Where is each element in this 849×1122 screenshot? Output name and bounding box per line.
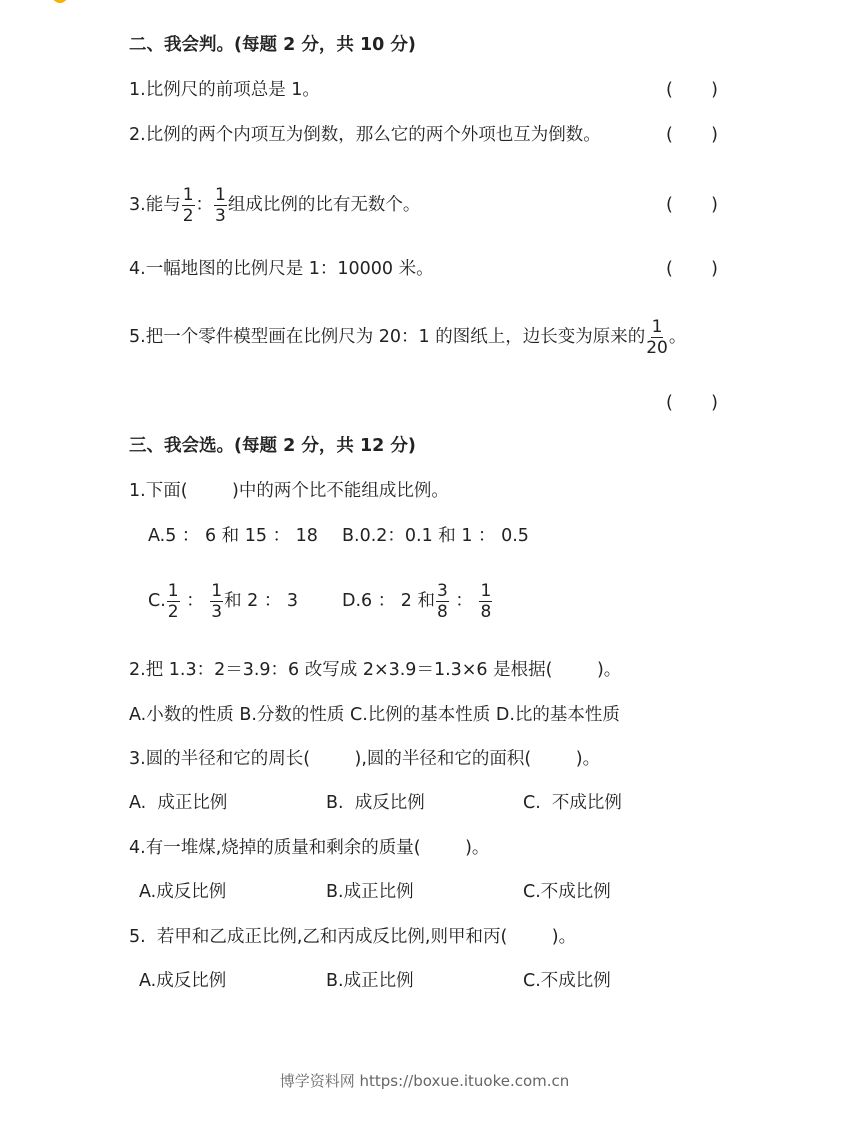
colon: ： [450, 591, 479, 611]
paren-close: ) [711, 194, 718, 216]
q3-option-c[interactable]: C. 不成比例 [523, 792, 622, 814]
option-label: D.6 ： 2 和 [342, 591, 435, 611]
colon: ： [196, 195, 214, 215]
answer-blank-1[interactable]: ( ) [666, 79, 718, 101]
judge-item-3: 3.能与12：13组成比例的比有无数个。 [129, 184, 420, 226]
q1-option-d[interactable]: D.6 ： 2 和38 ： 18 [342, 580, 493, 622]
item-text: 3.能与 [129, 195, 181, 215]
fraction: 38 [436, 581, 449, 622]
answer-blank-4[interactable]: ( ) [666, 258, 718, 280]
judge-item-2: 2.比例的两个内项互为倒数，那么它的两个外项也互为倒数。 [129, 124, 601, 146]
q4-option-c[interactable]: C.不成比例 [523, 881, 611, 903]
fraction: 12 [182, 185, 195, 226]
choice-question-4: 4.有一堆煤,烧掉的质量和剩余的质量( )。 [129, 837, 489, 859]
q2-option-b[interactable]: B.分数的性质 [239, 705, 344, 725]
answer-blank-5[interactable]: ( ) [666, 392, 718, 414]
item-text: 组成比例的比有无数个。 [228, 195, 421, 215]
paren-open: ( [666, 392, 673, 414]
answer-blank-3[interactable]: ( ) [666, 194, 718, 216]
item-text: 5.把一个零件模型画在比例尺为 20：1 的图纸上，边长变为原来的 [129, 327, 645, 347]
fraction: 12 [167, 581, 180, 622]
colon: ： [181, 591, 210, 611]
q4-option-a[interactable]: A.成反比例 [139, 881, 226, 903]
fraction: 18 [479, 581, 492, 622]
fraction: 120 [646, 317, 668, 358]
q1-option-b[interactable]: B.0.2：0.1 和 1 ： 0.5 [342, 525, 529, 547]
paren-open: ( [666, 79, 673, 101]
q2-options: A.小数的性质 B.分数的性质 C.比例的基本性质 D.比的基本性质 [129, 704, 620, 726]
judge-item-1: 1.比例尺的前项总是 1。 [129, 79, 320, 101]
choice-question-1: 1.下面( )中的两个比不能组成比例。 [129, 480, 449, 502]
q4-option-b[interactable]: B.成正比例 [326, 881, 414, 903]
q2-option-c[interactable]: C.比例的基本性质 [350, 705, 490, 725]
q1-option-c[interactable]: C.12 ： 13和 2 ： 3 [148, 580, 298, 622]
paren-close: ) [711, 124, 718, 146]
section-heading-judge: 二、我会判。(每题 2 分，共 10 分) [129, 34, 416, 56]
paren-close: ) [711, 258, 718, 280]
judge-item-4: 4.一幅地图的比例尺是 1：10000 米。 [129, 258, 434, 280]
paren-open: ( [666, 258, 673, 280]
paren-close: ) [711, 392, 718, 414]
q5-option-c[interactable]: C.不成比例 [523, 970, 611, 992]
option-label: C. [148, 591, 166, 611]
fraction: 13 [214, 185, 227, 226]
choice-question-3: 3.圆的半径和它的周长( ),圆的半径和它的面积( )。 [129, 748, 600, 770]
paren-open: ( [666, 194, 673, 216]
q5-option-a[interactable]: A.成反比例 [139, 970, 226, 992]
section-heading-choose: 三、我会选。(每题 2 分，共 12 分) [129, 435, 416, 457]
choice-question-5: 5. 若甲和乙成正比例,乙和丙成反比例,则甲和丙( )。 [129, 926, 576, 948]
answer-blank-2[interactable]: ( ) [666, 124, 718, 146]
fraction: 13 [210, 581, 223, 622]
footer-source: 博学资料网 https://boxue.ituoke.com.cn [0, 1070, 849, 1091]
choice-question-2: 2.把 1.3：2＝3.9：6 改写成 2×3.9＝1.3×6 是根据( )。 [129, 659, 621, 681]
q2-option-a[interactable]: A.小数的性质 [129, 705, 234, 725]
paren-close: ) [711, 79, 718, 101]
q2-option-d[interactable]: D.比的基本性质 [496, 705, 620, 725]
judge-item-5: 5.把一个零件模型画在比例尺为 20：1 的图纸上，边长变为原来的120。 [129, 316, 686, 358]
q3-option-b[interactable]: B. 成反比例 [326, 792, 425, 814]
item-text: 。 [669, 327, 687, 347]
q3-option-a[interactable]: A. 成正比例 [129, 792, 227, 814]
q5-option-b[interactable]: B.成正比例 [326, 970, 414, 992]
q1-option-a[interactable]: A.5 ： 6 和 15 ： 18 [148, 525, 318, 547]
paren-open: ( [666, 124, 673, 146]
decorative-dot [52, 0, 68, 3]
option-text: 和 2 ： 3 [224, 591, 298, 611]
